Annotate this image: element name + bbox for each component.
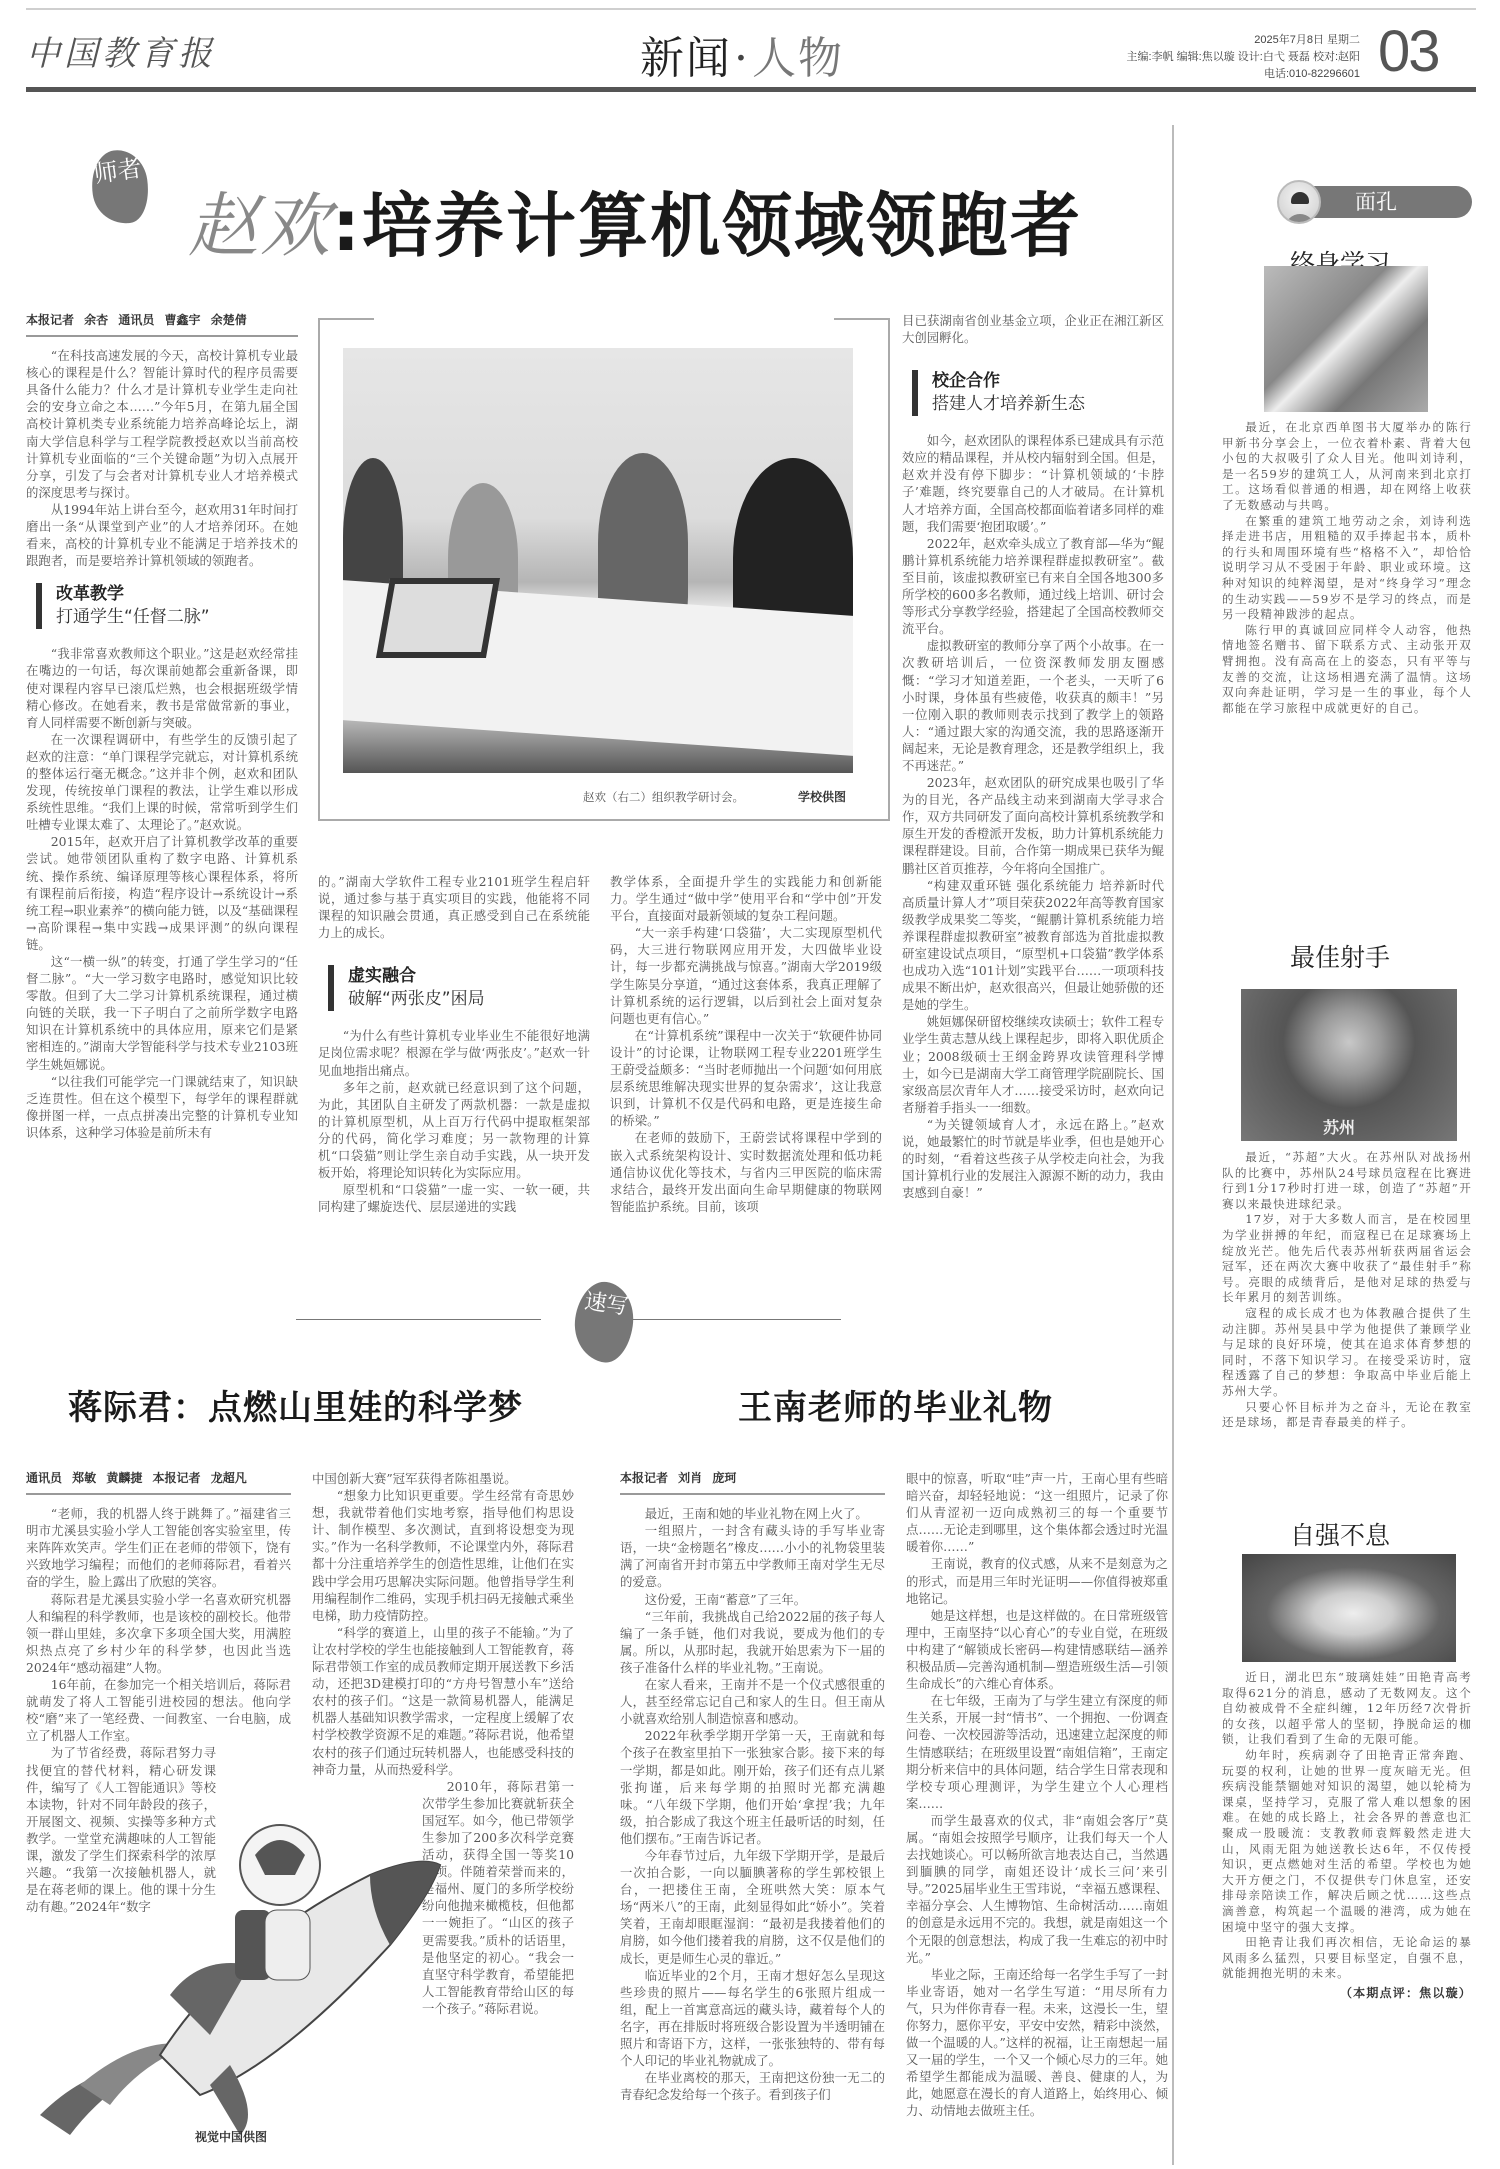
face-icon-hair xyxy=(1291,192,1309,204)
paragraph: 只要心怀目标并为之奋斗，无论在教室还是球场，都是青春最美的样子。 xyxy=(1222,1400,1472,1431)
paragraph: 而学生最喜欢的仪式，非“南姐会客厅”莫属。“南姐会按照学号顺序，让我们每天一个人… xyxy=(906,1812,1168,1966)
paragraph: 最近，在北京西单图书大厦举办的陈行甲新书分享会上，一位衣着朴素、背着大包小包的大… xyxy=(1222,420,1472,514)
section-title-dot: · xyxy=(732,33,752,84)
paragraph: 最近，王南和她的毕业礼物在网上火了。 xyxy=(620,1505,885,1522)
paragraph: “科学的赛道上，山里的孩子不能输。”为了让农村学校的学生也能接触到人工智能教育，… xyxy=(312,1624,574,1778)
masthead-meta: 2025年7月8日 星期二 主编:李帆 编辑:焦以璇 设计:白弋 聂磊 校对:赵… xyxy=(1120,32,1360,83)
illustration-credit: 视觉中国供图 xyxy=(195,2128,267,2145)
suxie-seal-icon: 速写 xyxy=(570,1278,639,1365)
section-title-news: 新闻 xyxy=(640,33,732,84)
top-rule xyxy=(26,8,1476,10)
sidebar-photo-girl xyxy=(1242,1554,1456,1662)
paragraph: 多年之前，赵欢就已经意识到了这个问题，为此，其团队自主研发了两款机器：一款是虚拟… xyxy=(318,1079,590,1182)
paragraph-continued: 教学体系，全面提升学生的实践能力和创新能力。学生通过“做中学”使用平台和“学中创… xyxy=(610,873,882,924)
paragraph: 2023年，赵欢团队的研究成果也吸引了华为的目光，各产品线主动来到湖南大学寻求合… xyxy=(902,774,1164,877)
subhead-line-1: 校企合作 xyxy=(932,370,1164,392)
section-title: 新闻·人物 xyxy=(640,22,844,86)
sketch-rule-right xyxy=(628,1319,841,1320)
paragraph: “大一亲手构建‘口袋猫’，大二实现原型机代码，大三进行物联网应用开发，大四做毕业… xyxy=(610,924,882,1027)
paragraph: 17岁，对于大多数人而言，是在校园里为学业拼搏的年纪，而寇程已在足球赛场上绽放光… xyxy=(1222,1212,1472,1306)
paragraph: 临近毕业的2个月，王南才想好怎么呈现这些珍贵的照片——每名学生的6张照片组成一组… xyxy=(620,1967,885,2070)
paragraph: 一组照片，一封含有藏头诗的手写毕业寄语，一块“金榜题名”橡皮……小小的礼物袋里装… xyxy=(620,1522,885,1590)
headline-colon: : xyxy=(332,185,362,267)
photo-caption: 赵欢（右二）组织教学研讨会。 xyxy=(583,789,744,805)
lead-headline: 赵欢:培养计算机领域领跑者 xyxy=(188,170,1082,271)
paragraph: 这“一横一纵”的转变，打通了学生学习的“任督二脉”。“大一学习数字电路时，感觉知… xyxy=(26,953,298,1073)
lead-byline: 本报记者 余杏 通讯员 曹鑫宇 余楚倩 xyxy=(26,312,298,337)
paragraph-continued: 的。”湖南大学软件工程专业2101班学生程启轩说，通过参与基于真实项目的实践，他… xyxy=(318,873,590,941)
paragraph: “老师，我的机器人终于跳舞了。”福建省三明市尤溪县实验小学人工智能创客实验室里，… xyxy=(26,1505,291,1590)
paragraph: 在毕业离校的那天，王南把这份独一无二的青春纪念发给每一个孩子。看到孩子们 xyxy=(620,2069,885,2103)
badge-label: 面孔 xyxy=(1297,186,1472,218)
wangnan-article-column-1: 本报记者 刘肖 庞珂 最近，王南和她的毕业礼物在网上火了。 一组照片，一封含有藏… xyxy=(620,1470,885,2103)
paragraph-continued: 中国创新大赛”冠军获得者陈祖墨说。 xyxy=(312,1470,574,1487)
subhead-line-2: 搭建人才培养新生态 xyxy=(932,392,1164,416)
photo-credit: 学校供图 xyxy=(798,788,846,805)
lead-photo-teaching-seminar xyxy=(343,348,853,773)
paragraph: 虚拟教研室的教师分享了两个小故事。在一次教研培训后，一位资深教师发朋友圈感慨：“… xyxy=(902,637,1164,774)
paragraph: “想象力比知识更重要。学生经常有奇思妙想，我就带着他们实地考察，指导他们构思设计… xyxy=(312,1487,574,1624)
subhead-line-2: 打通学生“任督二脉” xyxy=(56,605,298,629)
wangnan-byline: 本报记者 刘肖 庞珂 xyxy=(620,1470,885,1495)
paragraph: “在科技高速发展的今天，高校计算机专业最核心的课程是什么？智能计算时代的程序员需… xyxy=(26,347,298,501)
issue-date: 2025年7月8日 星期二 xyxy=(1120,32,1360,49)
lead-article-column-4: 目已获湖南省创业基金立项，企业正在湘江新区大创园孵化。 校企合作 搭建人才培养新… xyxy=(902,312,1164,1201)
subhead-line-1: 虚实融合 xyxy=(348,965,590,987)
sketch-rule-left xyxy=(296,1319,541,1320)
paragraph: “以往我们可能学完一门课就结束了，知识缺乏连贯性。但在这个模型下，每学年的课程群… xyxy=(26,1073,298,1141)
frame-corner xyxy=(318,318,374,320)
face-icon-shoulders xyxy=(1285,214,1315,224)
laptop xyxy=(376,578,500,658)
subhead-school-enterprise: 校企合作 搭建人才培养新生态 xyxy=(912,370,1164,416)
paragraph: 陈行甲的真诚回应同样令人动容，他热情地签名赠书、留下联系方式、主动张开双臂拥抱。… xyxy=(1222,623,1472,717)
paragraph: 在一次课程调研中，有些学生的反馈引起了赵欢的注意：“单门课程学完就忘，对计算机系… xyxy=(26,731,298,834)
editor-credits: 主编:李帆 编辑:焦以璇 设计:白弋 聂磊 校对:赵阳 xyxy=(1120,49,1360,66)
subhead-line-2: 破解“两张皮”困局 xyxy=(348,987,590,1011)
lead-article-column-3: 教学体系，全面提升学生的实践能力和创新能力。学生通过“做中学”使用平台和“学中创… xyxy=(610,873,882,1215)
paragraph: 最近，“苏超”大火。在苏州队对战扬州队的比赛中，苏州队24号球员寇程在比赛进行到… xyxy=(1222,1150,1472,1212)
paragraph: 今年春节过后，九年级下学期开学，是最后一次拍合影，一向以腼腆著称的学生郭校银上台… xyxy=(620,1847,885,1967)
headline-title: 培养计算机领域领跑者 xyxy=(362,185,1082,267)
subhead-line-1: 改革教学 xyxy=(56,583,298,605)
paragraph: 从1994年站上讲台至今，赵欢用31年时间打磨出一条“从课堂到产业”的人才培养闭… xyxy=(26,501,298,569)
reviewer-credit: （本期点评：焦以璇） xyxy=(1222,1986,1472,2002)
subhead-virtual-real: 虚实融合 破解“两张皮”困局 xyxy=(328,965,590,1011)
paragraph: 近日，湖北巴东“玻璃娃娃”田艳青高考取得621分的消息，感动了无数网友。这个自幼… xyxy=(1222,1670,1472,1748)
article-headline-jiang-jijun: 蒋际君：点燃山里娃的科学梦 xyxy=(68,1380,523,1429)
paragraph: 2022年，赵欢牵头成立了教育部—华为“鲲鹏计算机系统能力培养课程群虚拟教研室”… xyxy=(902,535,1164,638)
paragraph: 这份爱，王南“蓄意”了三年。 xyxy=(620,1591,885,1608)
paragraph: 2022年秋季学期开学第一天，王南就和每个孩子在教室里拍下一张独家合影。接下来的… xyxy=(620,1727,885,1847)
paragraph: 寇程的成长成才也为体教融合提供了生动注脚。苏州吴县中学为他提供了兼顾学业与足球的… xyxy=(1222,1306,1472,1400)
paragraph: 田艳青让我们再次相信，无论命运的暴风雨多么猛烈，只要目标坚定，自强不息，就能拥抱… xyxy=(1222,1935,1472,1982)
rocket-astronaut-illustration xyxy=(30,1815,470,2135)
wangnan-article-column-2: 眼中的惊喜，听取“哇”声一片，王南心里有些暗暗兴奋，却轻轻地说：“这一组照片，记… xyxy=(906,1470,1168,2120)
paragraph: 2015年，赵欢开启了计算机教学改革的重要尝试。她带领团队重构了数字电路、计算机… xyxy=(26,833,298,953)
page-number: 03 xyxy=(1378,18,1439,85)
sidebar-text-self-improvement: 近日，湖北巴东“玻璃娃娃”田艳青高考取得621分的消息，感动了无数网友。这个自幼… xyxy=(1222,1670,1472,2001)
sidebar-text-lifelong-learning: 最近，在北京西单图书大厦举办的陈行甲新书分享会上，一位衣着朴素、背着大包小包的大… xyxy=(1222,420,1472,716)
paragraph: “为什么有些计算机专业毕业生不能很好地满足岗位需求呢？根源在学与做‘两张皮’。”… xyxy=(318,1027,590,1078)
article-headline-wang-nan: 王南老师的毕业礼物 xyxy=(738,1380,1053,1429)
paragraph-continued: 目已获湖南省创业基金立项，企业正在湘江新区大创园孵化。 xyxy=(902,312,1164,346)
sidebar-text-top-scorer: 最近，“苏超”大火。在苏州队对战扬州队的比赛中，苏州队24号球员寇程在比赛进行到… xyxy=(1222,1150,1472,1431)
face-icon xyxy=(1277,180,1321,224)
lead-article-column-2: 的。”湖南大学软件工程专业2101班学生程启轩说，通过参与基于真实项目的实践，他… xyxy=(318,873,590,1215)
shizhe-seal-icon: 师者 xyxy=(87,146,153,227)
paragraph: “为关键领域育人才，永远在路上。”赵欢说，她最繁忙的时节就是毕业季，但也是她开心… xyxy=(902,1116,1164,1201)
sidebar-title-top-scorer: 最佳射手 xyxy=(1190,938,1490,974)
paragraph: 姚姮娜保研留校继续攻读硕士；软件工程专业学生黄志慧从线上课程起步，即将入职优质企… xyxy=(902,1013,1164,1116)
section-title-people: 人物 xyxy=(752,33,844,84)
paragraph: 16年前，在参加完一个相关培训后，蒋际君就萌发了将人工智能引进校园的想法。他向学… xyxy=(26,1676,291,1744)
paragraph: 毕业之际，王南还给每一名学生手写了一封毕业寄语，她对一名学生写道：“用尽所有力气… xyxy=(906,1966,1168,2120)
paragraph: 如今，赵欢团队的课程体系已建成具有示范效应的精品课程，并从校内辐射到全国。但是，… xyxy=(902,432,1164,535)
sidebar-photo-hug xyxy=(1264,266,1428,412)
paragraph: 在“计算机系统”课程中一次关于“软硬件协同设计”的讨论课，让物联网工程专业220… xyxy=(610,1027,882,1130)
paragraph: 王南说，教育的仪式感，从来不是刻意为之的形式，而是用三年时光证明——你值得被郑重… xyxy=(906,1555,1168,1606)
faces-column-badge: 面孔 xyxy=(1277,180,1472,220)
sidebar-title-self-improvement: 自强不息 xyxy=(1190,1516,1490,1552)
paragraph: 在家人看来，王南并不是一个仪式感很重的人，甚至经常忘记自己和家人的生日。但王南从… xyxy=(620,1676,885,1727)
paragraph-continued: 眼中的惊喜，听取“哇”声一片，王南心里有些暗暗兴奋，却轻轻地说：“这一组照片，记… xyxy=(906,1470,1168,1555)
frame-corner xyxy=(834,318,890,320)
phone-number: 电话:010-82296601 xyxy=(1120,66,1360,83)
sidebar-divider xyxy=(1172,125,1174,2165)
masthead-rule xyxy=(26,87,1476,92)
paragraph: 幼年时，疾病剥夺了田艳青正常奔跑、玩耍的权利，让她的世界一度灰暗无光。但疾病没能… xyxy=(1222,1748,1472,1935)
rocket-body-icon xyxy=(160,1862,440,2135)
paragraph: “三年前，我挑战自己给2022届的孩子每人编了一条手链，他们对我说，要成为他们的… xyxy=(620,1608,885,1676)
newspaper-logo: 中国教育报 xyxy=(26,26,216,75)
jersey-text: 苏州 xyxy=(1323,1115,1355,1138)
headline-name: 赵欢 xyxy=(188,185,332,267)
paragraph: 她是这样想，也是这样做的。在日常班级管理中，王南坚持“以心育心”的专业自觉，在班… xyxy=(906,1607,1168,1692)
astronaut-icon xyxy=(235,1825,320,1980)
paragraph: “我非常喜欢教师这个职业。”这是赵欢经常挂在嘴边的一句话，每次课前她都会重新备课… xyxy=(26,645,298,730)
lead-article-column-1: 本报记者 余杏 通讯员 曹鑫宇 余楚倩 “在科技高速发展的今天，高校计算机专业最… xyxy=(26,312,298,1141)
paragraph: “构建双重环链 强化系统能力 培养新时代高质量计算人才”项目荣获2022年高等教… xyxy=(902,877,1164,1014)
paragraph: 在繁重的建筑工地劳动之余，刘诗利选择走进书店，用粗糙的双手捧起书本，质朴的行头和… xyxy=(1222,514,1472,623)
jiang-byline: 通讯员 郑敏 黄麟捷 本报记者 龙超凡 xyxy=(26,1470,291,1495)
paragraph: 在七年级，王南为了与学生建立有深度的师生关系，开展一封“情书”、一个拥抱、一份调… xyxy=(906,1692,1168,1812)
paragraph: 蒋际君是尤溪县实验小学一名喜欢研究机器人和编程的科学教师，也是该校的副校长。他带… xyxy=(26,1591,291,1676)
sidebar-photo-football-player: 苏州 xyxy=(1241,989,1457,1141)
paragraph: 原型机和“口袋猫”一虚一实、一软一硬，共同构建了螺旋迭代、层层递进的实践 xyxy=(318,1181,590,1215)
subhead-reform-teaching: 改革教学 打通学生“任督二脉” xyxy=(36,583,298,629)
paragraph: 在老师的鼓励下，王蔚尝试将课程中学到的嵌入式系统架构设计、实时数据流处理和低功耗… xyxy=(610,1129,882,1214)
